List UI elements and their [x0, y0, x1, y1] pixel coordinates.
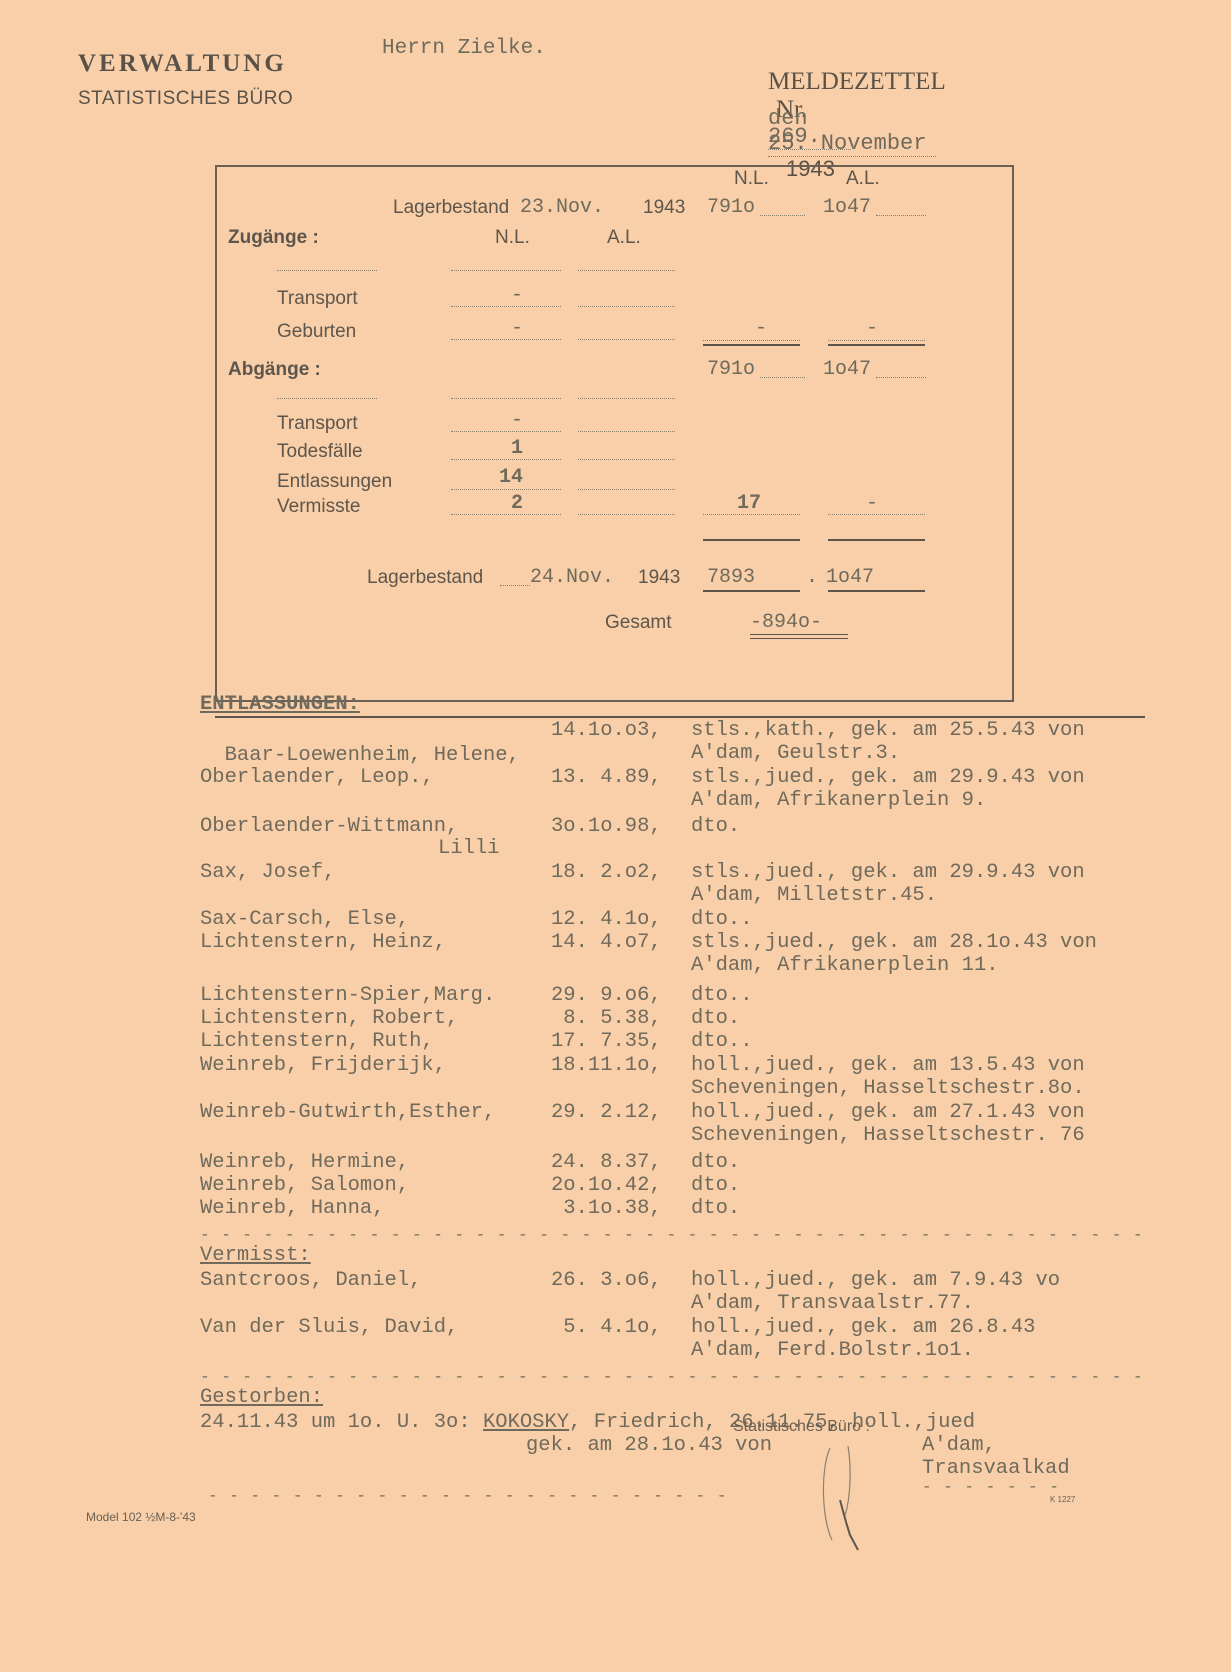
- col-nl-header: N.L.: [734, 168, 769, 190]
- person-dob: 29. 2.12,: [551, 1100, 662, 1125]
- opening-year: 1943: [643, 197, 685, 219]
- footer-dashes-right: - - - - - - - - - - - -: [922, 1478, 1072, 1496]
- person-dob: 18. 2.o2,: [551, 860, 662, 885]
- person-dob: 13. 4.89,: [551, 765, 662, 790]
- person-details: holl.,jued., gek. am 26.8.43: [691, 1315, 1035, 1340]
- person-dob: 12. 4.1o,: [551, 907, 662, 932]
- abgaenge-label: Abgänge :: [228, 359, 321, 381]
- gestorben-heading: Gestorben:: [200, 1385, 323, 1410]
- person-dob: 14. 4.o7,: [551, 930, 662, 955]
- closing-year: 1943: [638, 567, 680, 589]
- person-details: holl.,jued., gek. am 27.1.43 von: [691, 1100, 1085, 1125]
- abgaenge-vermisste-nl: 2: [511, 492, 523, 515]
- form-code: K 1227: [1050, 1495, 1075, 1504]
- person-details: dto..: [691, 907, 753, 932]
- closing-date: 24.Nov.: [530, 566, 614, 589]
- gestorben-address1: A'dam,: [922, 1433, 996, 1458]
- person-name: Lichtenstern, Ruth,: [200, 1029, 434, 1054]
- person-name: Santcroos, Daniel,: [200, 1268, 421, 1293]
- opening-date: 23.Nov.: [520, 196, 604, 219]
- person-dob: 18.11.1o,: [551, 1053, 662, 1078]
- person-name: Weinreb, Salomon,: [200, 1173, 409, 1198]
- closing-nl: 7893: [707, 566, 755, 589]
- person-name: Lichtenstern, Heinz,: [200, 930, 446, 955]
- zugaenge-col-al: A.L.: [607, 227, 641, 249]
- abgaenge-vermisste-label: Vermisste: [277, 496, 360, 518]
- person-address: A'dam, Afrikanerplein 9.: [691, 788, 986, 813]
- abgaenge-carry-nl: 791o: [707, 358, 755, 381]
- person-details: dto.: [691, 1006, 740, 1031]
- entlassungen-row: Baar-Loewenheim, Helene,: [200, 718, 520, 768]
- person-dob: 8. 5.38,: [551, 1006, 662, 1031]
- person-details: holl.,jued., gek. am 13.5.43 von: [691, 1053, 1085, 1078]
- model-number: Model 102 ½M-8-'43: [86, 1510, 196, 1524]
- person-name: Lichtenstern-Spier,Marg.: [200, 983, 495, 1008]
- closing-al: 1o47: [826, 566, 874, 589]
- person-address: A'dam, Ferd.Bolstr.1o1.: [691, 1338, 974, 1363]
- dashed-separator: - - - - - - - - - - - - - - - - - - - - …: [200, 1226, 1140, 1244]
- person-details: dto..: [691, 983, 753, 1008]
- person-details: stls.,kath., gek. am 25.5.43 von: [691, 718, 1085, 743]
- zugaenge-subtotal-nl: -: [755, 317, 767, 340]
- person-details: dto.: [691, 1150, 740, 1175]
- person-address: A'dam, Milletstr.45.: [691, 883, 937, 908]
- person-address: Scheveningen, Hasseltschestr.8o.: [691, 1076, 1085, 1101]
- abgaenge-subtotal-al: -: [866, 492, 878, 515]
- zugaenge-geburten-nl: -: [511, 317, 523, 340]
- date-prefix: den: [768, 106, 808, 131]
- abgaenge-todesfaelle-nl: 1: [511, 437, 523, 460]
- org-title: VERWALTUNG: [78, 50, 287, 78]
- person-dob: 14.1o.o3,: [551, 718, 662, 743]
- total-label: Gesamt: [605, 612, 672, 634]
- abgaenge-transport-label: Transport: [277, 413, 358, 435]
- gestorben-line2: gek. am 28.1o.43 von: [526, 1433, 772, 1458]
- person-details: holl.,jued., gek. am 7.9.43 vo: [691, 1268, 1060, 1293]
- date-day-month: 25. November: [768, 131, 936, 157]
- person-name: Oberlaender-Wittmann,: [200, 814, 458, 839]
- vermisst-heading: Vermisst:: [200, 1243, 311, 1268]
- abgaenge-transport-nl: -: [511, 409, 523, 432]
- person-details: dto.: [691, 1196, 740, 1221]
- opening-label: Lagerbestand: [393, 197, 509, 219]
- opening-al: 1o47: [823, 196, 871, 219]
- zugaenge-subtotal-al: -: [866, 317, 878, 340]
- person-dob: 5. 4.1o,: [551, 1315, 662, 1340]
- dashed-separator: - - - - - - - - - - - - - - - - - - - - …: [200, 1368, 1140, 1386]
- abgaenge-entlassungen-label: Entlassungen: [277, 471, 392, 493]
- person-dob: 3o.1o.98,: [551, 814, 662, 839]
- person-details: dto.: [691, 1173, 740, 1198]
- zugaenge-label: Zugänge :: [228, 227, 319, 249]
- person-name: Weinreb, Frijderijk,: [200, 1053, 446, 1078]
- person-name: Weinreb-Gutwirth,Esther,: [200, 1100, 495, 1125]
- person-dob: 2o.1o.42,: [551, 1173, 662, 1198]
- stamp-label: Statistisches Büro :: [733, 1418, 870, 1436]
- abgaenge-entlassungen-nl: 14: [499, 466, 523, 489]
- person-details: stls.,jued., gek. am 29.9.43 von: [691, 860, 1085, 885]
- person-address: A'dam, Transvaalstr.77.: [691, 1291, 974, 1316]
- zugaenge-transport-label: Transport: [277, 288, 358, 310]
- footer-dashes: - - - - - - - - - - - - - - - - - - - - …: [208, 1487, 728, 1505]
- person-dob: 3.1o.38,: [551, 1196, 662, 1221]
- abgaenge-subtotal-nl: 17: [737, 492, 761, 515]
- person-details: dto.: [691, 814, 740, 839]
- footer-line: Model 102 ½M-8-'43: [78, 1490, 196, 1526]
- person-name-continued: Lilli: [438, 836, 500, 861]
- person-name: Sax-Carsch, Else,: [200, 907, 409, 932]
- person-name: Lichtenstern, Robert,: [200, 1006, 458, 1031]
- deceased-surname: KOKOSKY: [483, 1411, 569, 1434]
- signature-icon: [810, 1440, 870, 1560]
- zugaenge-transport-nl: -: [511, 284, 523, 307]
- person-address: Scheveningen, Hasseltschestr. 76: [691, 1123, 1085, 1148]
- person-dob: 24. 8.37,: [551, 1150, 662, 1175]
- closing-label: Lagerbestand: [367, 567, 483, 589]
- person-details: dto..: [691, 1029, 753, 1054]
- person-details: stls.,jued., gek. am 28.1o.43 von: [691, 930, 1097, 955]
- person-details: stls.,jued., gek. am 29.9.43 von: [691, 765, 1085, 790]
- abgaenge-todesfaelle-label: Todesfälle: [277, 441, 363, 463]
- col-al-header: A.L.: [846, 168, 880, 190]
- person-name: Sax, Josef,: [200, 860, 335, 885]
- person-name: Weinreb, Hermine,: [200, 1150, 409, 1175]
- abgaenge-carry-al: 1o47: [823, 358, 871, 381]
- person-dob: 17. 7.35,: [551, 1029, 662, 1054]
- person-name: Baar-Loewenheim, Helene,: [225, 744, 520, 767]
- entlassungen-heading: ENTLASSUNGEN:: [200, 692, 360, 717]
- death-time: 24.11.43 um 1o. U. 3o:: [200, 1411, 471, 1434]
- person-name: Van der Sluis, David,: [200, 1315, 458, 1340]
- zugaenge-geburten-label: Geburten: [277, 321, 356, 343]
- person-dob: 29. 9.o6,: [551, 983, 662, 1008]
- opening-nl: 791o: [707, 196, 755, 219]
- person-name: Weinreb, Hanna,: [200, 1196, 385, 1221]
- person-dob: 26. 3.o6,: [551, 1268, 662, 1293]
- recipient: Herrn Zielke.: [382, 37, 546, 60]
- total-value: -894o-: [750, 611, 822, 634]
- zugaenge-col-nl: N.L.: [495, 227, 530, 249]
- person-address: A'dam, Geulstr.3.: [691, 741, 900, 766]
- person-name: Oberlaender, Leop.,: [200, 765, 434, 790]
- person-address: A'dam, Afrikanerplein 11.: [691, 953, 999, 978]
- org-subtitle: STATISTISCHES BÜRO: [78, 88, 293, 110]
